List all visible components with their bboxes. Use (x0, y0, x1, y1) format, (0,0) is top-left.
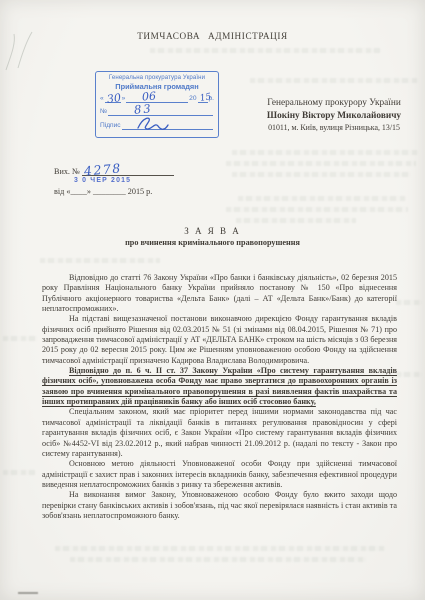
bleedthrough-artifact (232, 172, 410, 177)
bleedthrough-artifact (236, 218, 356, 223)
handwritten-month: 06 (142, 90, 157, 102)
bleedthrough-artifact (232, 150, 418, 155)
bleedthrough-artifact (40, 258, 160, 263)
page-title: ТИМЧАСОВА АДМІНІСТРАЦІЯ (0, 31, 425, 41)
body-paragraph-4: Спеціальним законом, який має пріоритет … (42, 407, 397, 459)
bleedthrough-artifact (238, 196, 406, 201)
stamp-date-day-line: 30 (105, 94, 121, 103)
stamp-signature-line (122, 121, 213, 130)
handwritten-year: 15 (199, 93, 212, 104)
stamp-signature-label: Підпис (100, 123, 121, 130)
outgoing-number-row: Вих. № 4278 (54, 167, 174, 176)
stamp-year-prefix: 20 (189, 96, 196, 103)
bleedthrough-artifact (396, 300, 422, 305)
bleedthrough-artifact (396, 372, 422, 377)
scanned-document-page: ТИМЧАСОВА АДМІНІСТРАЦІЯ Генеральна проку… (0, 0, 425, 600)
bleedthrough-artifact (3, 470, 35, 475)
body-paragraph-3: Відповідно до п. 6 ч. ІІ ст. 37 Закону У… (42, 366, 397, 407)
addressee-position: Генеральному прокурору України (246, 97, 422, 110)
stamp-quote-open: « (100, 96, 104, 103)
scan-edge-artifact (18, 592, 38, 594)
handwritten-day: 30 (106, 92, 121, 105)
stamp-signature-row: Підпис (100, 121, 214, 130)
document-title-block: З А Я В А про вчинення кримінального пра… (0, 226, 425, 247)
addressee-name: Шокіну Віктору Миколайовичу (246, 110, 422, 123)
outgoing-number-label: Вих. № (54, 167, 80, 176)
bleedthrough-artifact (55, 546, 385, 551)
signature-icon (136, 115, 170, 133)
body-paragraph-1: Відповідно до статті 76 Закону України «… (42, 273, 397, 314)
body-paragraph-2: На підставі вищезазначеної постанови вик… (42, 314, 397, 366)
document-subtitle: про вчинення кримінального правопорушенн… (0, 238, 425, 247)
reference-block: Вих. № 4278 3 0 ЧЕР 2015 від «____» ____… (54, 167, 174, 196)
intake-stamp: Генеральна прокуратура України Приймальн… (95, 71, 219, 138)
bleedthrough-artifact (250, 78, 418, 83)
stamp-date-month-line: 06 (126, 94, 188, 103)
stamp-department: Приймальня громадян (100, 82, 214, 91)
body-paragraph-6: На виконання вимог Закону, Уповноваженою… (42, 490, 397, 521)
addressee-block: Генеральному прокурору України Шокіну Ві… (246, 97, 422, 135)
stamp-number-label: № (100, 109, 107, 116)
handwritten-outgoing-number: 4278 (83, 162, 122, 178)
document-title: З А Я В А (0, 226, 425, 236)
bleedthrough-artifact (226, 161, 416, 166)
stamp-date-year-line: 15 (198, 94, 208, 103)
stamp-quote-close: » (122, 96, 126, 103)
bleedthrough-artifact (150, 48, 380, 53)
bleedthrough-artifact (226, 207, 408, 212)
stamp-org-name: Генеральна прокуратура України (100, 74, 214, 81)
addressee-address: 01011, м. Київ, вулиця Різницька, 13/15 (246, 122, 422, 135)
bleedthrough-artifact (3, 336, 37, 341)
from-date-line: від «____» ________ 2015 р. (54, 187, 174, 196)
document-body: Відповідно до статті 76 Закону України «… (42, 273, 397, 521)
bleedthrough-artifact (70, 557, 366, 562)
outgoing-number-line: 4278 (82, 169, 174, 176)
body-paragraph-5: Основною метою діяльності Уповноваженої … (42, 459, 397, 490)
stamp-date-row: « 30 » 06 20 15 р. (100, 94, 214, 103)
